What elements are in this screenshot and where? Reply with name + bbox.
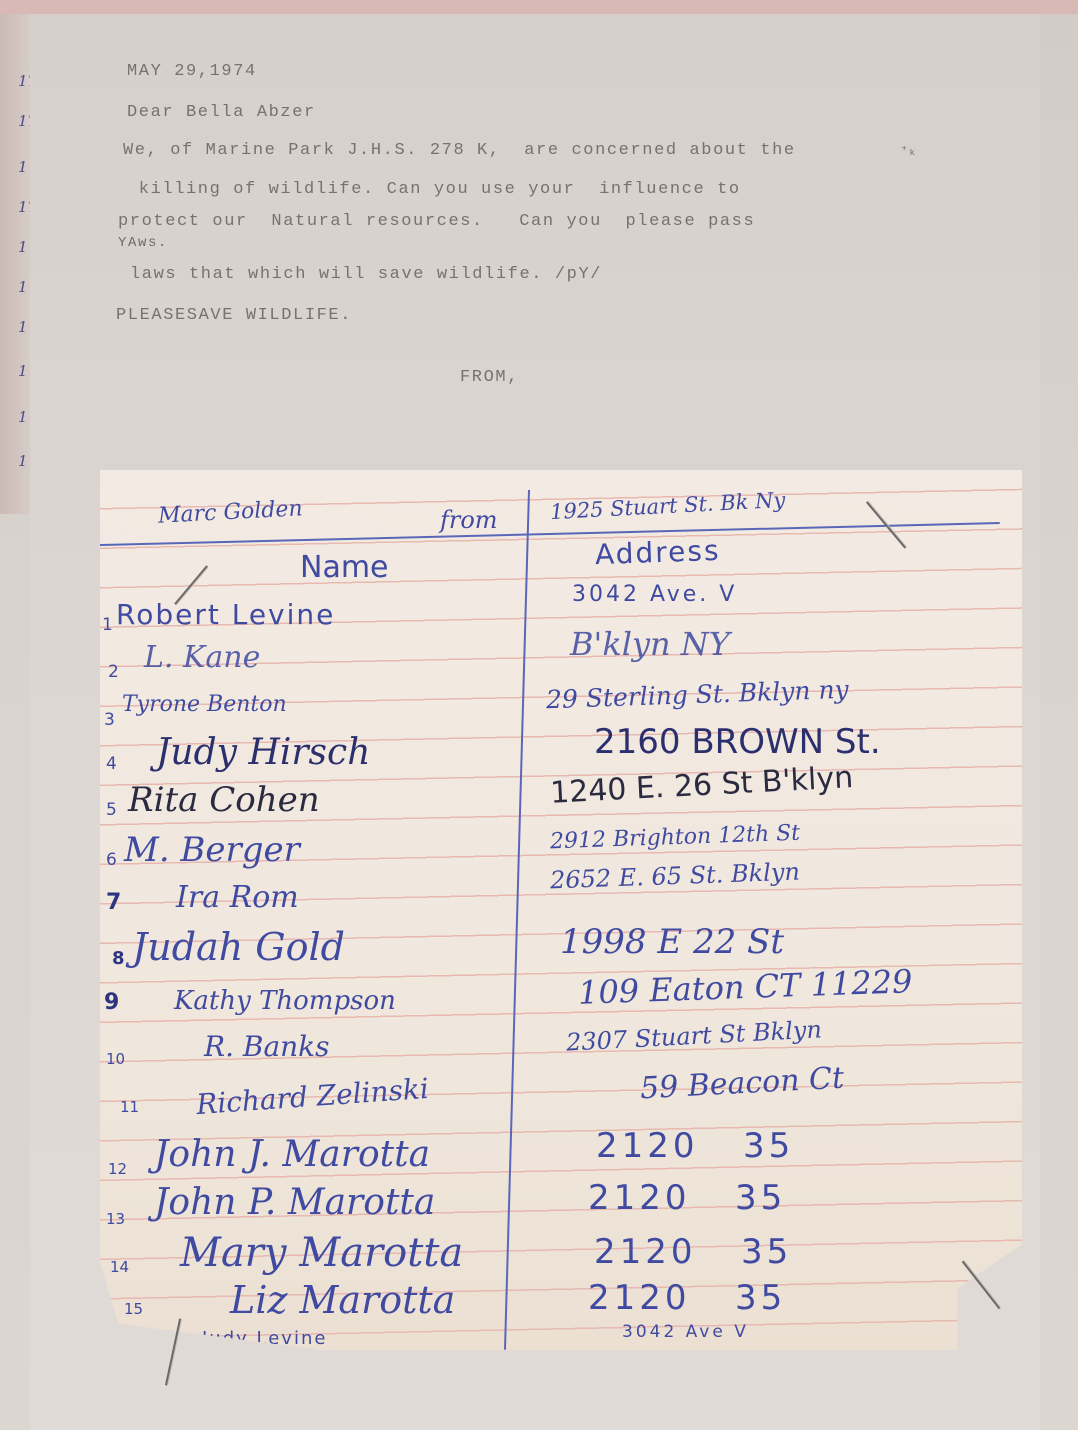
entry-address: 2120 35 xyxy=(596,1126,794,1166)
entry-name: Judy Hirsch xyxy=(156,732,370,773)
column-header-name: Name xyxy=(300,550,389,585)
entry-number: 8 xyxy=(112,948,125,969)
margin-mark: 1 xyxy=(18,278,28,296)
entry-number: 1 xyxy=(102,615,113,635)
column-header-address: Address xyxy=(594,534,721,571)
entry-name: Kathy Thompson xyxy=(174,986,396,1016)
entry-name: Rita Cohen xyxy=(128,780,320,820)
entry-name: Mary Marotta xyxy=(180,1230,463,1276)
entry-number: 15 xyxy=(124,1300,143,1318)
margin-mark: 1 xyxy=(18,408,28,426)
entry-address: 1240 E. 26 St B'klyn xyxy=(549,760,854,811)
header-underline xyxy=(100,522,1000,546)
entry-name: Robert Levine xyxy=(116,598,335,631)
margin-mark: 1 xyxy=(18,362,28,380)
entry-number: 13 xyxy=(106,1210,125,1228)
entry-number: 3 xyxy=(104,710,115,730)
entry-name: R. Banks xyxy=(204,1030,330,1063)
margin-mark: 1 xyxy=(18,238,28,256)
entry-address: 109 Eaton CT 11229 xyxy=(577,962,913,1012)
entry-address: 2120 35 xyxy=(588,1278,786,1318)
sender-from-word: from xyxy=(440,506,498,534)
entry-name: Richard Zelinski xyxy=(195,1072,430,1121)
letter-body-line: laws that which will save wildlife. /pY/ xyxy=(130,265,602,284)
letter-closing-line: PLEASESAVE WILDLIFE. xyxy=(116,306,352,325)
pink-page-edge xyxy=(0,0,1078,14)
entry-address: 29 Sterling St. Bklyn ny xyxy=(546,675,850,715)
margin-mark: 1 xyxy=(18,318,28,336)
entry-number: 6 xyxy=(106,850,117,870)
entry-address: 2652 E. 65 St. Bklyn xyxy=(550,858,801,895)
letter-from-label: FROM, xyxy=(460,368,519,387)
entry-name: L. Kane xyxy=(144,640,260,675)
entry-number: 9 xyxy=(104,990,119,1015)
entry-address: 2120 35 xyxy=(594,1232,792,1272)
entry-name: Ira Rom xyxy=(176,880,299,915)
entry-address: 3042 Ave V xyxy=(622,1322,749,1342)
letter-salutation: Dear Bella Abzer xyxy=(127,103,316,122)
letter-date: MAY 29,1974 xyxy=(127,62,257,81)
entry-address: 1998 E 22 St xyxy=(560,922,784,962)
entry-number: 2 xyxy=(108,662,119,682)
entry-address: 2120 35 xyxy=(588,1178,786,1218)
entry-address: 2160 BROWN St. xyxy=(594,722,881,762)
entry-name: John J. Marotta xyxy=(154,1134,430,1175)
petition-sheet: Marc Golden from 1925 Stuart St. Bk Ny N… xyxy=(100,470,1022,1350)
entry-number: 10 xyxy=(106,1050,125,1068)
margin-mark: 1 xyxy=(18,158,28,176)
letter-body-line: We, of Marine Park J.H.S. 278 K, are con… xyxy=(123,141,796,160)
entry-address: 59 Beacon Ct xyxy=(639,1061,845,1107)
column-divider xyxy=(504,490,530,1350)
margin-mark: 1 xyxy=(18,452,28,470)
entry-address: 2307 Stuart St Bklyn xyxy=(565,1015,822,1056)
entry-number: 7 xyxy=(106,890,121,915)
entry-name: Liz Marotta xyxy=(230,1278,455,1322)
struck-out-word: YAws. xyxy=(118,235,168,251)
entry-number: 11 xyxy=(120,1098,139,1116)
entry-number: 12 xyxy=(108,1160,127,1178)
entry-number: 4 xyxy=(106,754,117,774)
entry-name: M. Berger xyxy=(124,830,300,870)
entry-number: 5 xyxy=(106,800,117,820)
typing-smudge: ⁺ₖ xyxy=(900,143,917,160)
entry-number: 14 xyxy=(110,1258,129,1276)
entry-address: 3042 Ave. V xyxy=(572,582,737,607)
letter-body-line: protect our Natural resources. Can you p… xyxy=(118,212,755,231)
entry-name: John P. Marotta xyxy=(154,1182,435,1223)
sender-name: Marc Golden xyxy=(157,496,303,529)
sender-address: 1925 Stuart St. Bk Ny xyxy=(550,488,786,524)
entry-name: Tyrone Benton xyxy=(122,692,287,717)
entry-name: Judah Gold xyxy=(132,925,345,969)
letter-body-line: killing of wildlife. Can you use your in… xyxy=(127,180,741,199)
entry-address: 2912 Brighton 12th St xyxy=(550,821,801,855)
entry-address: B'klyn NY xyxy=(570,625,730,663)
